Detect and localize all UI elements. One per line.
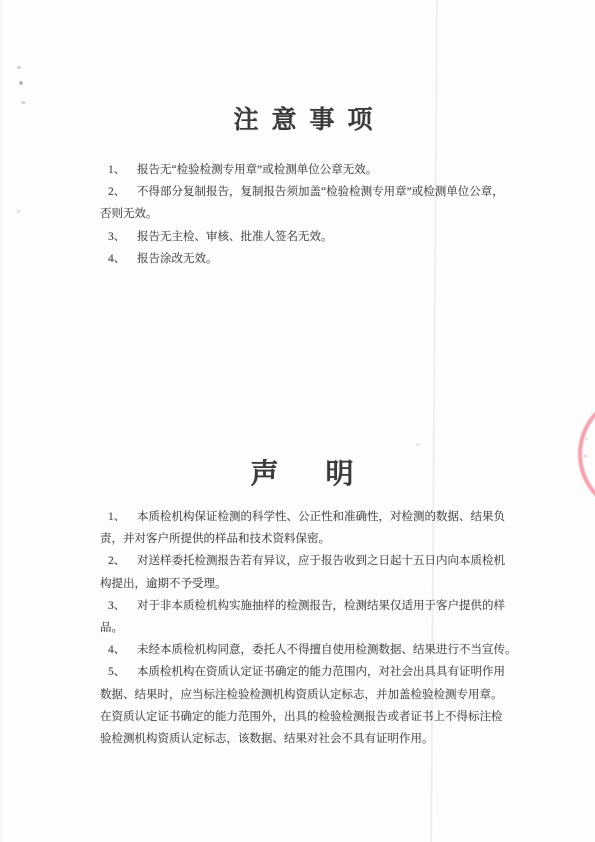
item-text: 报告无“检验检测专用章”或检测单位公章无效。	[137, 164, 377, 176]
notice-line: 2、不得部分复制报告，复制报告须加盖“检验检测专用章”或检测单位公章，	[100, 181, 595, 203]
item-number: 3、	[100, 595, 137, 617]
statement-line: 在资质认定证书确定的能力范围外，出具的检验检测报告或者证书上不得标注检	[100, 706, 595, 728]
item-text: 本质检机构保证检测的科学性、公正性和准确性，对检测的数据、结果负	[137, 511, 505, 523]
statement-line: 品。	[100, 617, 595, 639]
statement-line: 5、本质检机构在资质认定证书确定的能力范围内，对社会出具具有证明作用	[100, 661, 595, 683]
notice-section-title: 注意事项	[0, 100, 595, 136]
item-text: 不得部分复制报告，复制报告须加盖“检验检测专用章”或检测单位公章，	[137, 186, 504, 198]
item-number: 5、	[100, 661, 137, 683]
notice-line: 3、报告无主检、审核、批准人签名无效。	[100, 226, 595, 248]
statement-section-body: 1、本质检机构保证检测的科学性、公正性和准确性，对检测的数据、结果负 责，并对客…	[100, 506, 595, 750]
scanned-document-page: 注意事项 1、报告无“检验检测专用章”或检测单位公章无效。 2、不得部分复制报告…	[0, 0, 595, 842]
statement-line: 构提出，逾期不予受理。	[100, 573, 595, 595]
item-number: 4、	[100, 248, 137, 270]
statement-line: 4、未经本质检机构同意，委托人不得擅自使用检测数据、结果进行不当宣传。	[100, 639, 595, 661]
scan-speck	[416, 443, 420, 446]
statement-line: 2、对送样委托检测报告若有异议，应于报告收到之日起十五日内向本质检机	[100, 550, 595, 572]
item-text: 在资质认定证书确定的能力范围外，出具的检验检测报告或者证书上不得标注检	[100, 711, 503, 723]
item-text: 对送样委托检测报告若有异议，应于报告收到之日起十五日内向本质检机	[137, 555, 505, 567]
item-text: 否则无效。	[100, 208, 158, 220]
item-number: 4、	[100, 639, 137, 661]
item-number: 2、	[100, 181, 137, 203]
statement-line: 3、对于非本质检机构实施抽样的检测报告，检测结果仅适用于客户提供的样	[100, 595, 595, 617]
statement-line: 数据、结果时，应当标注检验检测机构资质认定标志，并加盖检验检测专用章。	[100, 684, 595, 706]
notice-line: 否则无效。	[100, 203, 595, 225]
item-number: 3、	[100, 226, 137, 248]
item-text: 责，并对客户所提供的样品和技术资料保密。	[100, 533, 330, 545]
statement-line: 验检测机构资质认定标志，该数据、结果对社会不具有证明作用。	[100, 728, 595, 750]
item-text: 对于非本质检机构实施抽样的检测报告，检测结果仅适用于客户提供的样	[137, 600, 505, 612]
item-text: 本质检机构在资质认定证书确定的能力范围内，对社会出具具有证明作用	[137, 666, 505, 678]
statement-section-title: 声明	[0, 452, 595, 492]
scan-speck	[19, 81, 23, 85]
scan-speck	[17, 66, 21, 69]
item-text: 构提出，逾期不予受理。	[100, 578, 227, 590]
notice-section-body: 1、报告无“检验检测专用章”或检测单位公章无效。 2、不得部分复制报告，复制报告…	[100, 159, 595, 270]
item-number: 1、	[100, 506, 137, 528]
item-text: 报告涂改无效。	[137, 253, 218, 265]
item-number: 2、	[100, 550, 137, 572]
red-stamp-ink-dot	[586, 438, 588, 440]
scan-speck	[17, 210, 20, 213]
item-text: 未经本质检机构同意，委托人不得擅自使用检测数据、结果进行不当宣传。	[137, 644, 517, 656]
item-text: 验检测机构资质认定标志，该数据、结果对社会不具有证明作用。	[100, 733, 434, 745]
notice-line: 1、报告无“检验检测专用章”或检测单位公章无效。	[100, 159, 595, 181]
item-text: 报告无主检、审核、批准人签名无效。	[137, 231, 333, 243]
item-text: 数据、结果时，应当标注检验检测机构资质认定标志，并加盖检验检测专用章。	[100, 689, 503, 701]
statement-line: 责，并对客户所提供的样品和技术资料保密。	[100, 528, 595, 550]
notice-line: 4、报告涂改无效。	[100, 248, 595, 270]
statement-line: 1、本质检机构保证检测的科学性、公正性和准确性，对检测的数据、结果负	[100, 506, 595, 528]
item-text: 品。	[100, 622, 123, 634]
item-number: 1、	[100, 159, 137, 181]
